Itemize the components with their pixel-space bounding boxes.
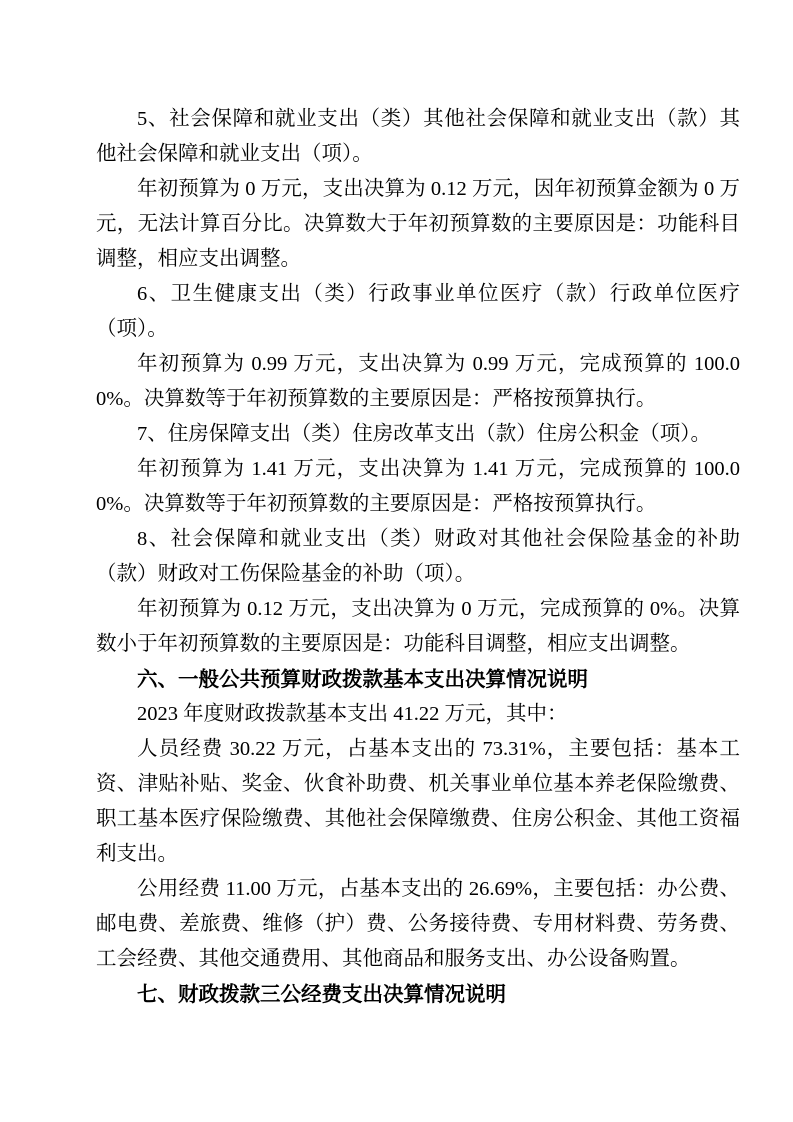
para-item7-title: 7、住房保障支出（类）住房改革支出（款）住房公积金（项）。 — [96, 417, 740, 452]
section7-heading: 七、财政拨款三公经费支出决算情况说明 — [96, 977, 740, 1012]
para-item5-title: 5、社会保障和就业支出（类）其他社会保障和就业支出（款）其他社会保障和就业支出（… — [96, 102, 740, 172]
document-page: 5、社会保障和就业支出（类）其他社会保障和就业支出（款）其他社会保障和就业支出（… — [0, 0, 793, 1122]
para-item8-budget-detail: 年初预算为 0.12 万元，支出决算为 0 万元，完成预算的 0%。决算数小于年… — [96, 592, 740, 662]
para-personnel-expense: 人员经费 30.22 万元，占基本支出的 73.31%，主要包括：基本工资、津贴… — [96, 732, 740, 872]
para-item8-title: 8、社会保障和就业支出（类）财政对其他社会保险基金的补助（款）财政对工伤保险基金… — [96, 522, 740, 592]
section6-heading: 六、一般公共预算财政拨款基本支出决算情况说明 — [96, 662, 740, 697]
para-item7-budget-detail: 年初预算为 1.41 万元，支出决算为 1.41 万元，完成预算的 100.00… — [96, 452, 740, 522]
para-basic-expense-total: 2023 年度财政拨款基本支出 41.22 万元，其中： — [96, 697, 740, 732]
para-item6-budget-detail: 年初预算为 0.99 万元，支出决算为 0.99 万元，完成预算的 100.00… — [96, 347, 740, 417]
para-item6-title: 6、卫生健康支出（类）行政事业单位医疗（款）行政单位医疗（项）。 — [96, 277, 740, 347]
para-public-expense: 公用经费 11.00 万元，占基本支出的 26.69%，主要包括：办公费、邮电费… — [96, 872, 740, 977]
para-item5-budget-detail: 年初预算为 0 万元，支出决算为 0.12 万元，因年初预算金额为 0 万元，无… — [96, 172, 740, 277]
